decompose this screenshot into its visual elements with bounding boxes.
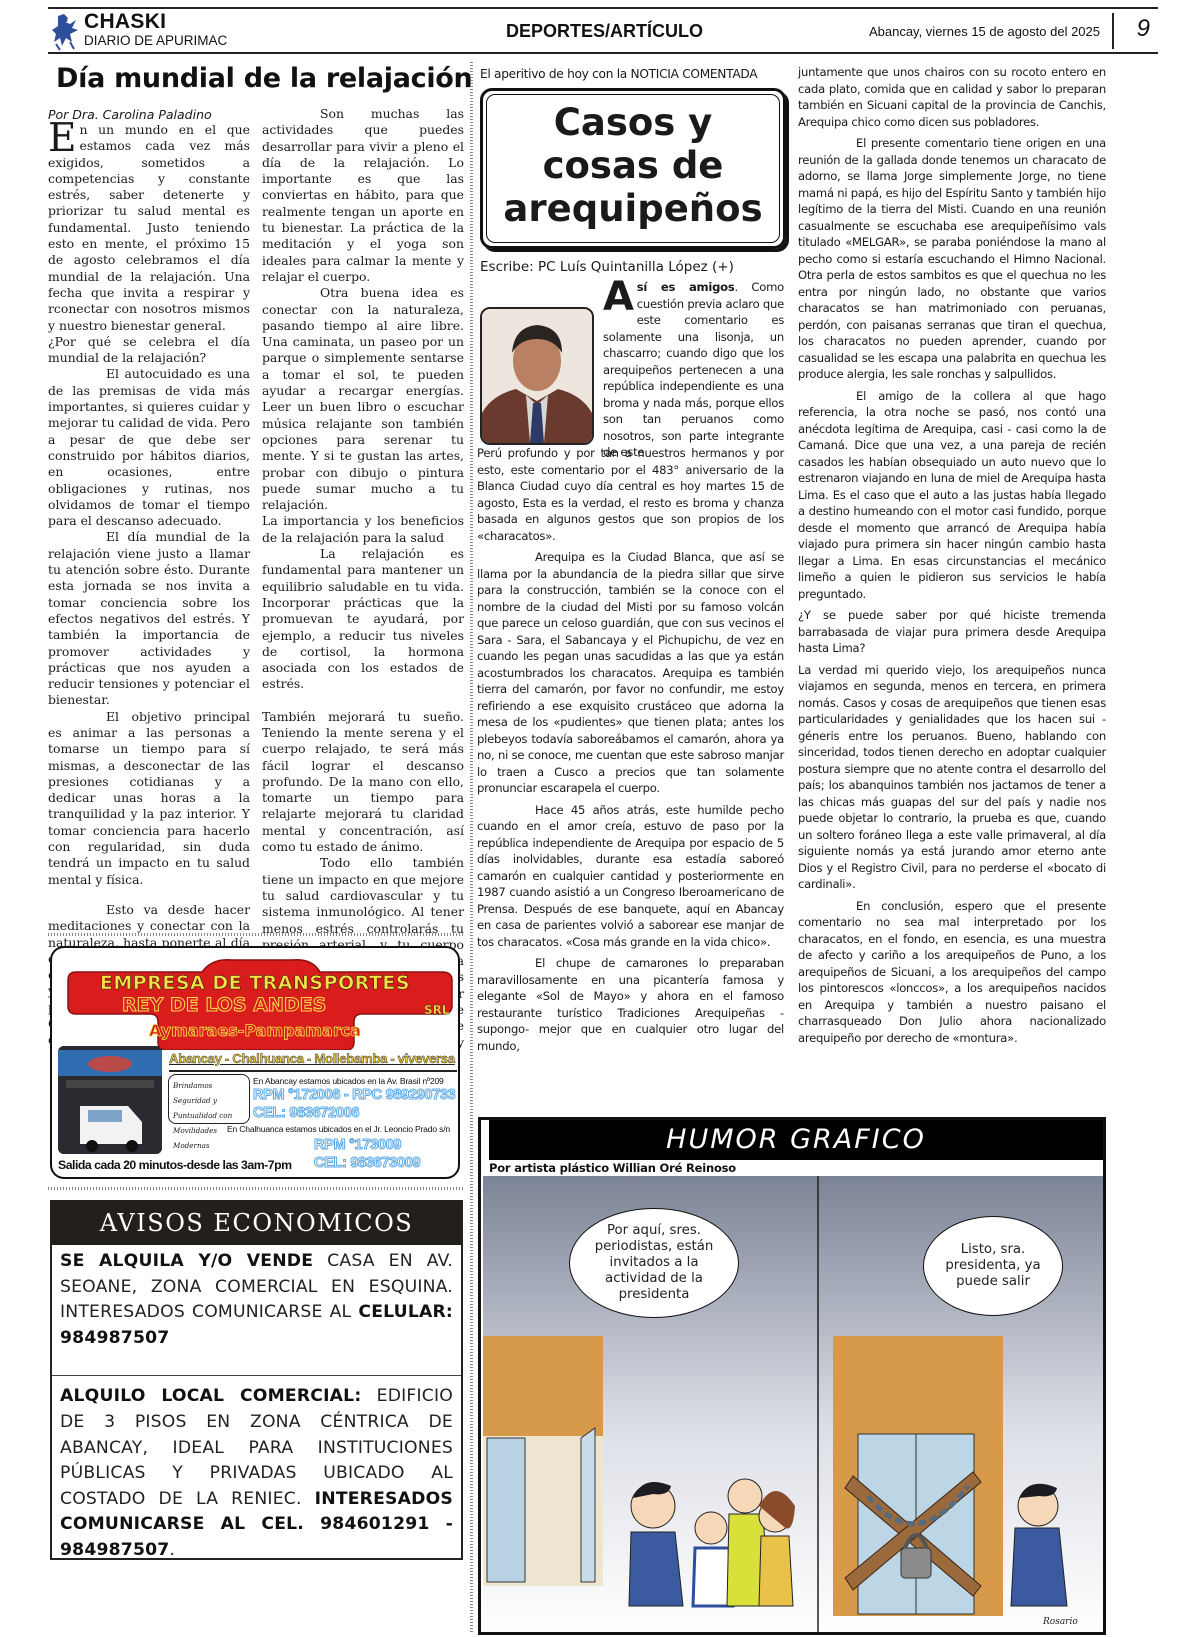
comic-header: HUMOR GRAFICO xyxy=(489,1120,1103,1160)
article-headline: Casos y cosas de arequipeños xyxy=(483,101,783,230)
article-paragraph: La verdad mi querido viejo, los arequipe… xyxy=(798,662,1106,893)
article-column-1: Perú profundo y por tan a nuestros herma… xyxy=(477,445,784,1054)
article-paragraph: ¿Y se puede saber por qué hiciste tremen… xyxy=(798,607,1106,657)
article-byline: Escribe: PC Luís Quintanilla López (+) xyxy=(480,259,734,275)
speech-bubble: Por aquí, sres. periodistas, están invit… xyxy=(569,1208,739,1318)
paper-subtitle: DIARIO DE APURIMAC xyxy=(84,33,227,48)
comic-strip: HUMOR GRAFICO Por artista plástico Willi… xyxy=(478,1117,1106,1635)
article-paragraph: En un mundo en el que estamos cada vez m… xyxy=(48,122,250,334)
article-column-2: juntamente que unos chairos con su rocot… xyxy=(798,64,1106,1046)
article-title: Día mundial de la relajación xyxy=(56,63,472,94)
article-paragraph: Arequipa es la Ciudad Blanca, que así se… xyxy=(477,549,784,797)
article-paragraph: El presente comentario tiene origen en u… xyxy=(798,135,1106,383)
article-paragraph: El chupe de camarones lo preparaban mara… xyxy=(477,955,784,1054)
ad-chalhuanca-rpm: RPM °173009 xyxy=(314,1137,401,1153)
transport-advertisement: EMPRESA DE TRANSPORTES REY DE LOS ANDES … xyxy=(50,946,460,1179)
article-kicker: El aperitivo de hoy con la NOTICIA COMEN… xyxy=(480,67,757,81)
classifieds-box: AVISOS ECONOMICOS SE ALQUILA Y/O VENDE C… xyxy=(50,1200,463,1560)
classified-ad: SE ALQUILA Y/O VENDE CASA EN AV. SEOANE,… xyxy=(52,1245,461,1351)
article-paragraph: Otra buena idea es conectar con la natur… xyxy=(262,285,464,513)
article-paragraph: juntamente que unos chairos con su rocot… xyxy=(798,64,1106,130)
ad-chalhuanca-address: En Chalhuanca estamos ubicados en el Jr.… xyxy=(227,1124,450,1134)
page-number: 9 xyxy=(1137,15,1150,43)
article-column-1: En un mundo en el que estamos cada vez m… xyxy=(48,122,250,1049)
article-column-2: Son muchas las actividades que puedes de… xyxy=(262,106,464,1067)
ad-chalhuanca-cell: CEL: 983673009 xyxy=(314,1155,420,1171)
speech-bubble: Listo, sra. presidenta, ya puede salir xyxy=(923,1216,1063,1316)
ad-schedule: Salida cada 20 minutos-desde las 3am-7pm xyxy=(58,1158,292,1172)
article-paragraph: En conclusión, espero que el presente co… xyxy=(798,898,1106,1047)
author-portrait-icon xyxy=(482,309,592,443)
paper-name: CHASKI xyxy=(84,10,166,34)
article-intro: Así es amigos. Como cuestión previa acla… xyxy=(603,279,784,461)
page-number-divider xyxy=(1112,13,1114,49)
comic-credit: Por artista plástico Willian Oré Reinoso xyxy=(489,1161,736,1175)
column-divider xyxy=(470,62,473,1632)
comic-panels: Rosario Por aquí, sres. periodistas, est… xyxy=(483,1176,1103,1634)
article-paragraph: La relajación es fundamental para manten… xyxy=(262,546,464,693)
masthead: CHASKI DIARIO DE APURIMAC DEPORTES/ARTÍC… xyxy=(48,7,1158,54)
article-paragraph: El día mundial de la relajación viene ju… xyxy=(48,529,250,708)
van-icon xyxy=(58,1046,162,1154)
article-subheading: ¿Por qué se celebra el día mundial de la… xyxy=(48,334,250,367)
dropcap: E xyxy=(48,124,76,154)
svg-text:Rosario: Rosario xyxy=(1042,1617,1078,1627)
article-paragraph: El amigo de la collera al que hago refer… xyxy=(798,388,1106,603)
dropcap: A xyxy=(603,282,634,313)
ad-company-suffix: SRL xyxy=(424,1003,450,1017)
section-divider xyxy=(48,933,464,936)
ad-abancay-phones: RPM °172006 - RPC 989290733 xyxy=(253,1087,455,1103)
chaski-messenger-icon xyxy=(50,12,80,52)
article-paragraph: El autocuidado es una de las premisas de… xyxy=(48,366,250,529)
author-photo xyxy=(480,307,594,445)
classifieds-title: AVISOS ECONOMICOS xyxy=(52,1202,461,1245)
article-paragraph: También mejorará tu sueño. Teniendo la m… xyxy=(262,709,464,856)
ad-slogan: Brindamos Seguridad y Puntualidad con Mo… xyxy=(168,1074,250,1124)
bus-terminal-photo xyxy=(58,1046,162,1154)
article-paragraph: Hace 45 años atrás, este humilde pecho c… xyxy=(477,802,784,951)
headline-box: Casos y cosas de arequipeños xyxy=(480,88,786,249)
ad-abancay-cell: CEL: 983672006 xyxy=(253,1105,359,1121)
ad-company-line: EMPRESA DE TRANSPORTES xyxy=(52,972,458,994)
section-name: DEPORTES/ARTÍCULO xyxy=(506,21,703,42)
ad-route: Abancay - Chalhuanca - Mollebamba - vive… xyxy=(169,1051,459,1066)
classified-ad: ALQUILO LOCAL COMERCIAL: EDIFICIO DE 3 P… xyxy=(52,1376,461,1563)
article-paragraph: El objetivo principal es animar a las pe… xyxy=(48,709,250,888)
section-divider xyxy=(48,1187,464,1190)
ad-company-name: REY DE LOS ANDES xyxy=(122,994,326,1016)
ad-abancay-address: En Abancay estamos ubicados en la Av. Br… xyxy=(253,1076,444,1086)
article-paragraph: Son muchas las actividades que puedes de… xyxy=(262,106,464,285)
comic-title: HUMOR GRAFICO xyxy=(489,1124,1103,1155)
dateline: Abancay, viernes 15 de agosto del 2025 xyxy=(869,24,1100,39)
ad-company-region: Aymaraes-Pampamarca xyxy=(52,1021,458,1040)
article-paragraph: Perú profundo y por tan a nuestros herma… xyxy=(477,445,784,544)
article-subheading: La importancia y los beneficios de la re… xyxy=(262,513,464,546)
